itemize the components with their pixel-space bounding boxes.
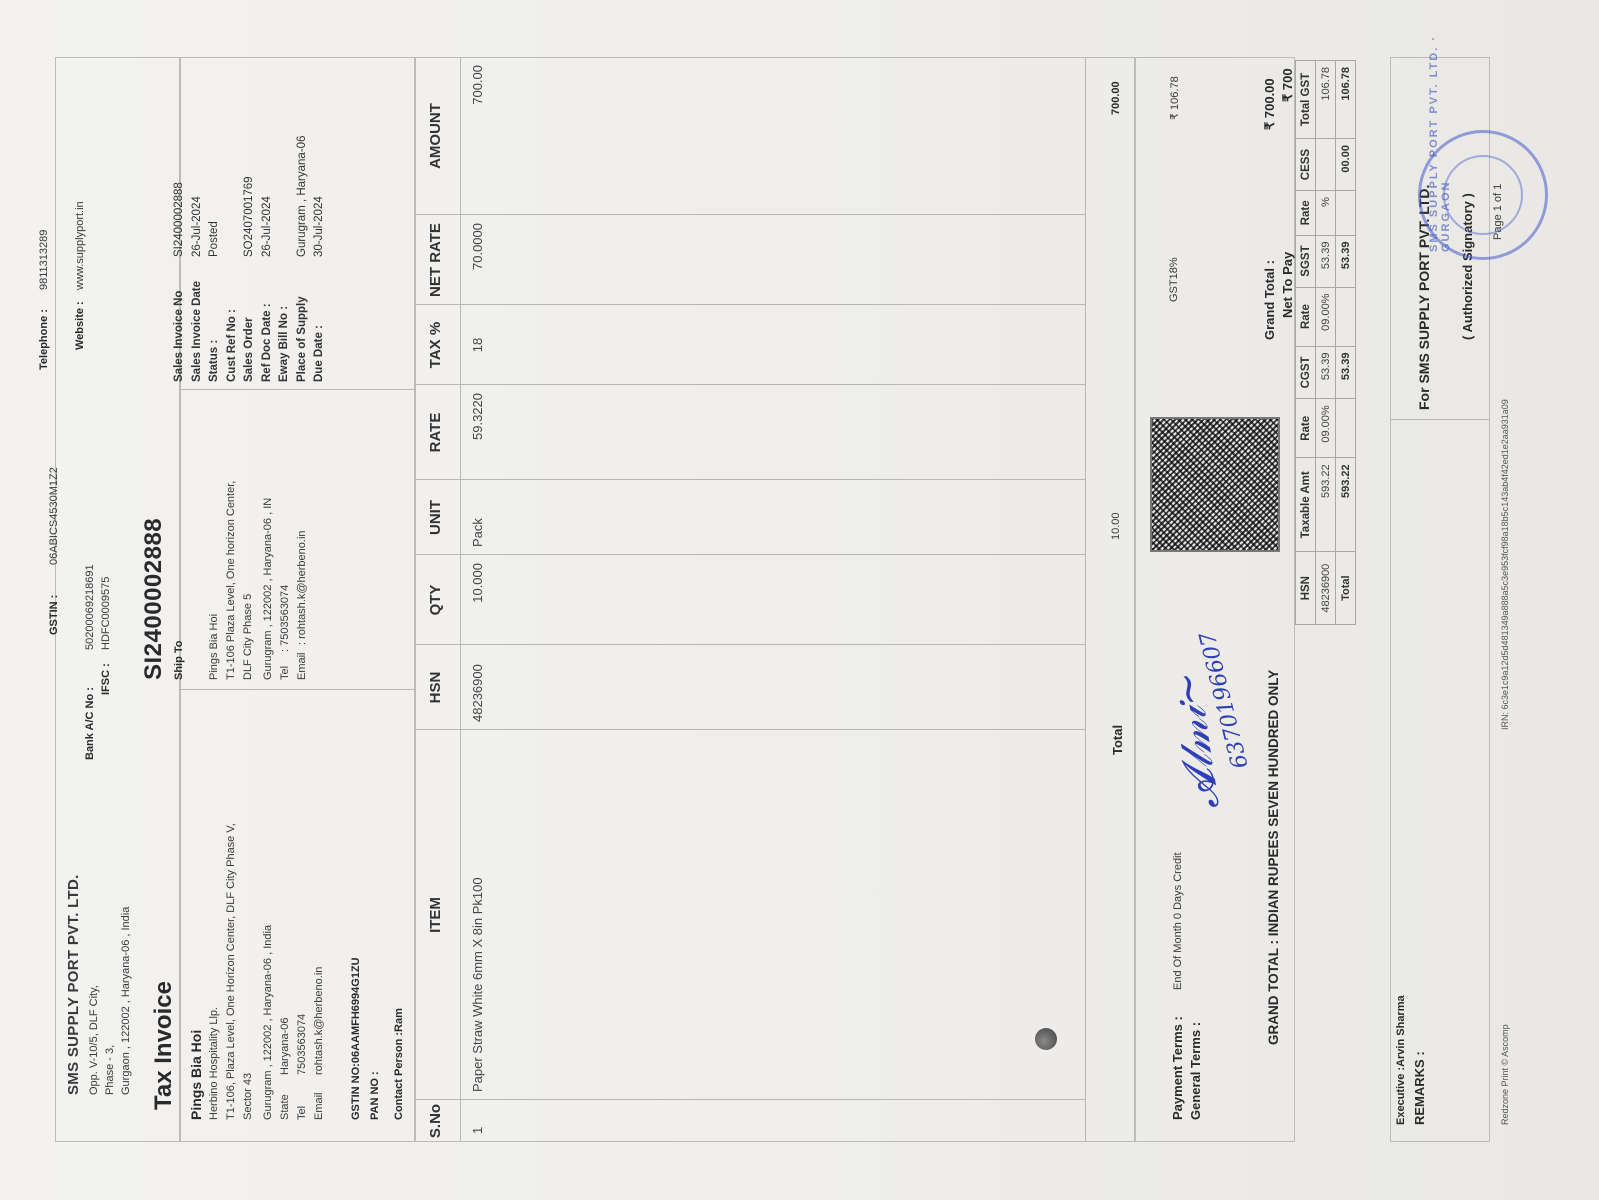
column-header-hsn: HSN bbox=[427, 645, 444, 730]
invoice-meta-label: Eway Bill No : bbox=[278, 306, 290, 382]
invoice-meta-value: 30-Jul-2024 bbox=[313, 196, 325, 257]
gst-cell: 09.00% bbox=[1316, 399, 1336, 458]
column-header-item: ITEM bbox=[427, 730, 444, 1100]
gst-cell: 09.00% bbox=[1316, 287, 1336, 346]
invoice-meta-label: Ref Doc Date : bbox=[261, 303, 273, 382]
telephone: 9811313289 bbox=[38, 230, 50, 290]
bill-to-pan: PAN NO : bbox=[369, 1071, 381, 1120]
column-header-tax: TAX % bbox=[427, 305, 444, 385]
gst-cell: 53.39 bbox=[1336, 346, 1356, 399]
invoice-meta-value: 26-Jul-2024 bbox=[191, 196, 203, 257]
invoice-meta-value: Gurugram , Haryana-06 bbox=[296, 136, 308, 257]
gst-cell: 106.78 bbox=[1336, 61, 1356, 139]
telephone-label: Telephone : bbox=[38, 309, 50, 370]
general-terms-label: General Terms : bbox=[1188, 1022, 1203, 1120]
invoice-meta-label: Sales Invoice No bbox=[173, 291, 185, 382]
item-cell-qty: 10.000 bbox=[470, 563, 485, 637]
invoice-meta-label: Due Date : bbox=[313, 325, 325, 382]
seller-address-line1: Opp. V-10/5, DLF City, bbox=[88, 985, 100, 1095]
seller-address-line3: Gurgaon , 122002 , Haryana-06 , India bbox=[120, 907, 132, 1095]
invoice-meta-label: Sales Order bbox=[243, 317, 255, 382]
seller-name: SMS SUPPLY PORT PVT. LTD. bbox=[65, 874, 82, 1095]
column-header-sno: S.No bbox=[427, 1100, 444, 1142]
gst-cell: % bbox=[1316, 191, 1336, 236]
grand-total-label: Grand Total : bbox=[1262, 260, 1277, 340]
ship-to-heading: Ship To bbox=[173, 640, 185, 680]
gst-label: GST18% bbox=[1168, 257, 1180, 302]
invoice-meta-value: SO2407001769 bbox=[243, 176, 255, 257]
payment-terms-label: Payment Terms : bbox=[1170, 1016, 1185, 1120]
gst-cell: 53.39 bbox=[1316, 346, 1336, 399]
gst-cell: 00.00 bbox=[1336, 139, 1356, 191]
remarks-label: REMARKS : bbox=[1412, 1051, 1427, 1125]
column-header-amount: AMOUNT bbox=[427, 57, 444, 215]
gst-cell: 53.39 bbox=[1316, 235, 1336, 287]
gst-column-header: HSN bbox=[1296, 552, 1316, 625]
ship-to-tel-label: Tel bbox=[279, 666, 291, 680]
document-title: Tax Invoice bbox=[150, 981, 178, 1110]
gst-cell: 106.78 bbox=[1316, 61, 1336, 139]
e-invoice-qr-code bbox=[1150, 417, 1280, 552]
items-total-qty: 10.00 bbox=[1110, 512, 1122, 540]
bill-to-name: Pings Bia Hoi bbox=[188, 1030, 204, 1120]
gst-column-header: Taxable Amt bbox=[1296, 458, 1316, 552]
website: www.supplyport.in bbox=[74, 201, 86, 290]
gst-column-header: CGST bbox=[1296, 346, 1316, 399]
item-cell-sno: 1 bbox=[470, 1108, 485, 1134]
grand-total: ₹ 700.00 bbox=[1262, 78, 1278, 130]
ship-to-address-line1: T1-106 Plaza Level, One horizon Center, bbox=[225, 481, 237, 680]
ship-to-email-label: Email bbox=[296, 652, 308, 680]
gst-total-row: Total593.2253.3953.3900.00106.78 bbox=[1336, 61, 1356, 625]
gst-cell bbox=[1336, 399, 1356, 458]
invoice-sheet: SMS SUPPLY PORT PVT. LTD. Opp. V-10/5, D… bbox=[0, 0, 1599, 1200]
items-total-label: Total bbox=[1110, 725, 1125, 755]
invoice-meta-value: Posted bbox=[208, 221, 220, 257]
stamp-text: SMS SUPPLY PORT PVT. LTD. · GURGAON bbox=[1428, 0, 1452, 252]
invoice-meta-value: SI2400002888 bbox=[173, 182, 185, 257]
punch-hole bbox=[1035, 1028, 1057, 1050]
item-cell-rate: 59.3220 bbox=[470, 393, 485, 472]
item-cell-unit: Pack bbox=[470, 488, 485, 547]
gst-breakdown-table: HSNTaxable AmtRateCGSTRateSGSTRateCESSTo… bbox=[1295, 60, 1356, 625]
column-header-qty: QTY bbox=[427, 555, 444, 645]
seller-address-line2: Phase - 3, bbox=[104, 1045, 116, 1095]
column-header-rate: RATE bbox=[427, 385, 444, 480]
item-cell-net-rate: 70.0000 bbox=[470, 223, 485, 297]
column-header-net-rate: NET RATE bbox=[427, 215, 444, 305]
irn: IRN: 6c3e1c9a12d5d481349a888a5c3e953fcf9… bbox=[1500, 399, 1510, 730]
items-table bbox=[415, 57, 1135, 1142]
bank-account: 50200069218691 bbox=[84, 564, 96, 650]
invoice-meta-label: Status : bbox=[208, 340, 220, 382]
invoice-number-heading: SI2400002888 bbox=[140, 518, 168, 680]
bill-to-gstin: GSTIN NO:06AAMFH6994G1ZU bbox=[350, 957, 362, 1120]
ship-to-address-line2: DLF City Phase 5 bbox=[242, 594, 254, 680]
bill-to-email: rohtash.k@herbeno.in bbox=[313, 967, 325, 1075]
column-header-unit: UNIT bbox=[427, 480, 444, 555]
amount-in-words: GRAND TOTAL : INDIAN RUPEES SEVEN HUNDRE… bbox=[1266, 670, 1281, 1045]
contact-person: Contact Person :Ram bbox=[393, 1008, 405, 1120]
gst-cell: 48236900 bbox=[1316, 552, 1336, 625]
photo-background: SMS SUPPLY PORT PVT. LTD. Opp. V-10/5, D… bbox=[0, 0, 1599, 1200]
bill-to-state-label: State bbox=[279, 1094, 291, 1120]
bank-account-label: Bank A/C No : bbox=[84, 687, 96, 760]
invoice-meta-value: 26-Jul-2024 bbox=[261, 196, 273, 257]
gst-row: 48236900593.2209.00%53.3909.00%53.39%106… bbox=[1316, 61, 1336, 625]
item-cell-amount: 700.00 bbox=[470, 65, 485, 207]
gst-cell: 593.22 bbox=[1336, 458, 1356, 552]
seller-gstin-label: GSTIN : bbox=[48, 595, 60, 635]
net-to-pay: ₹ 700 bbox=[1280, 68, 1296, 102]
invoice-meta-label: Sales Invoice Date bbox=[191, 281, 203, 382]
gst-amount: ₹ 106.78 bbox=[1168, 76, 1181, 120]
gst-cell: Total bbox=[1336, 552, 1356, 625]
ship-to-address-line3: Gurugram , 122002 , Haryana-06 , IN bbox=[262, 498, 274, 680]
seller-gstin: 06ABICS4530M1Z2 bbox=[48, 467, 60, 565]
bill-to-company: Herbino Hospitality Llp. bbox=[208, 1007, 220, 1120]
gst-cell bbox=[1336, 191, 1356, 236]
printed-by: Redzone Print © Ascomp bbox=[1500, 1024, 1510, 1125]
invoice-meta-label: Place of Supply bbox=[296, 296, 308, 382]
net-to-pay-label: Net To Pay bbox=[1280, 252, 1295, 318]
gst-cell: 593.22 bbox=[1316, 458, 1336, 552]
ship-to-tel: : 7503563074 bbox=[279, 585, 291, 652]
website-label: Website : bbox=[74, 301, 86, 350]
gst-column-header: Rate bbox=[1296, 191, 1316, 236]
item-cell-tax: 18 bbox=[470, 313, 485, 377]
bill-to-address-line1: T1-106, Plaza Level, One Horizon Center,… bbox=[225, 823, 237, 1120]
ifsc-label: IFSC : bbox=[100, 663, 112, 695]
gst-cell bbox=[1336, 287, 1356, 346]
bill-to-address-line3: Gurugram , 122002 , Haryana-06 , India bbox=[262, 925, 274, 1120]
bill-to-email-label: Email bbox=[313, 1092, 325, 1120]
gst-column-header: Total GST bbox=[1296, 61, 1316, 139]
ship-to-email: : rohtash.k@herbeno.in bbox=[296, 530, 308, 645]
item-cell-item: Paper Straw White 6mm X 8in Pk100 bbox=[470, 738, 485, 1092]
gst-column-header: SGST bbox=[1296, 235, 1316, 287]
ifsc: HDFC0009575 bbox=[100, 577, 112, 650]
gst-cell bbox=[1316, 139, 1336, 191]
executive: Executive :Arvin Sharma bbox=[1395, 995, 1407, 1125]
bill-to-tel-label: Tel bbox=[296, 1106, 308, 1120]
payment-terms-value: End Of Month 0 Days Credit bbox=[1172, 852, 1184, 990]
gst-cell: 53.39 bbox=[1336, 235, 1356, 287]
gst-column-header: Rate bbox=[1296, 399, 1316, 458]
bill-to-state: Haryana-06 bbox=[279, 1018, 291, 1075]
company-stamp-inner bbox=[1443, 155, 1523, 235]
gst-column-header: Rate bbox=[1296, 287, 1316, 346]
gst-column-header: CESS bbox=[1296, 139, 1316, 191]
bill-to-address-line2: Sector 43 bbox=[242, 1073, 254, 1120]
invoice-meta-label: Cust Ref No : bbox=[226, 309, 238, 382]
ship-to-name: Pings Bia Hoi bbox=[208, 614, 220, 680]
bill-to-tel: 7503563074 bbox=[296, 1014, 308, 1075]
items-total-amount: 700.00 bbox=[1110, 81, 1122, 115]
item-cell-hsn: 48236900 bbox=[470, 653, 485, 722]
